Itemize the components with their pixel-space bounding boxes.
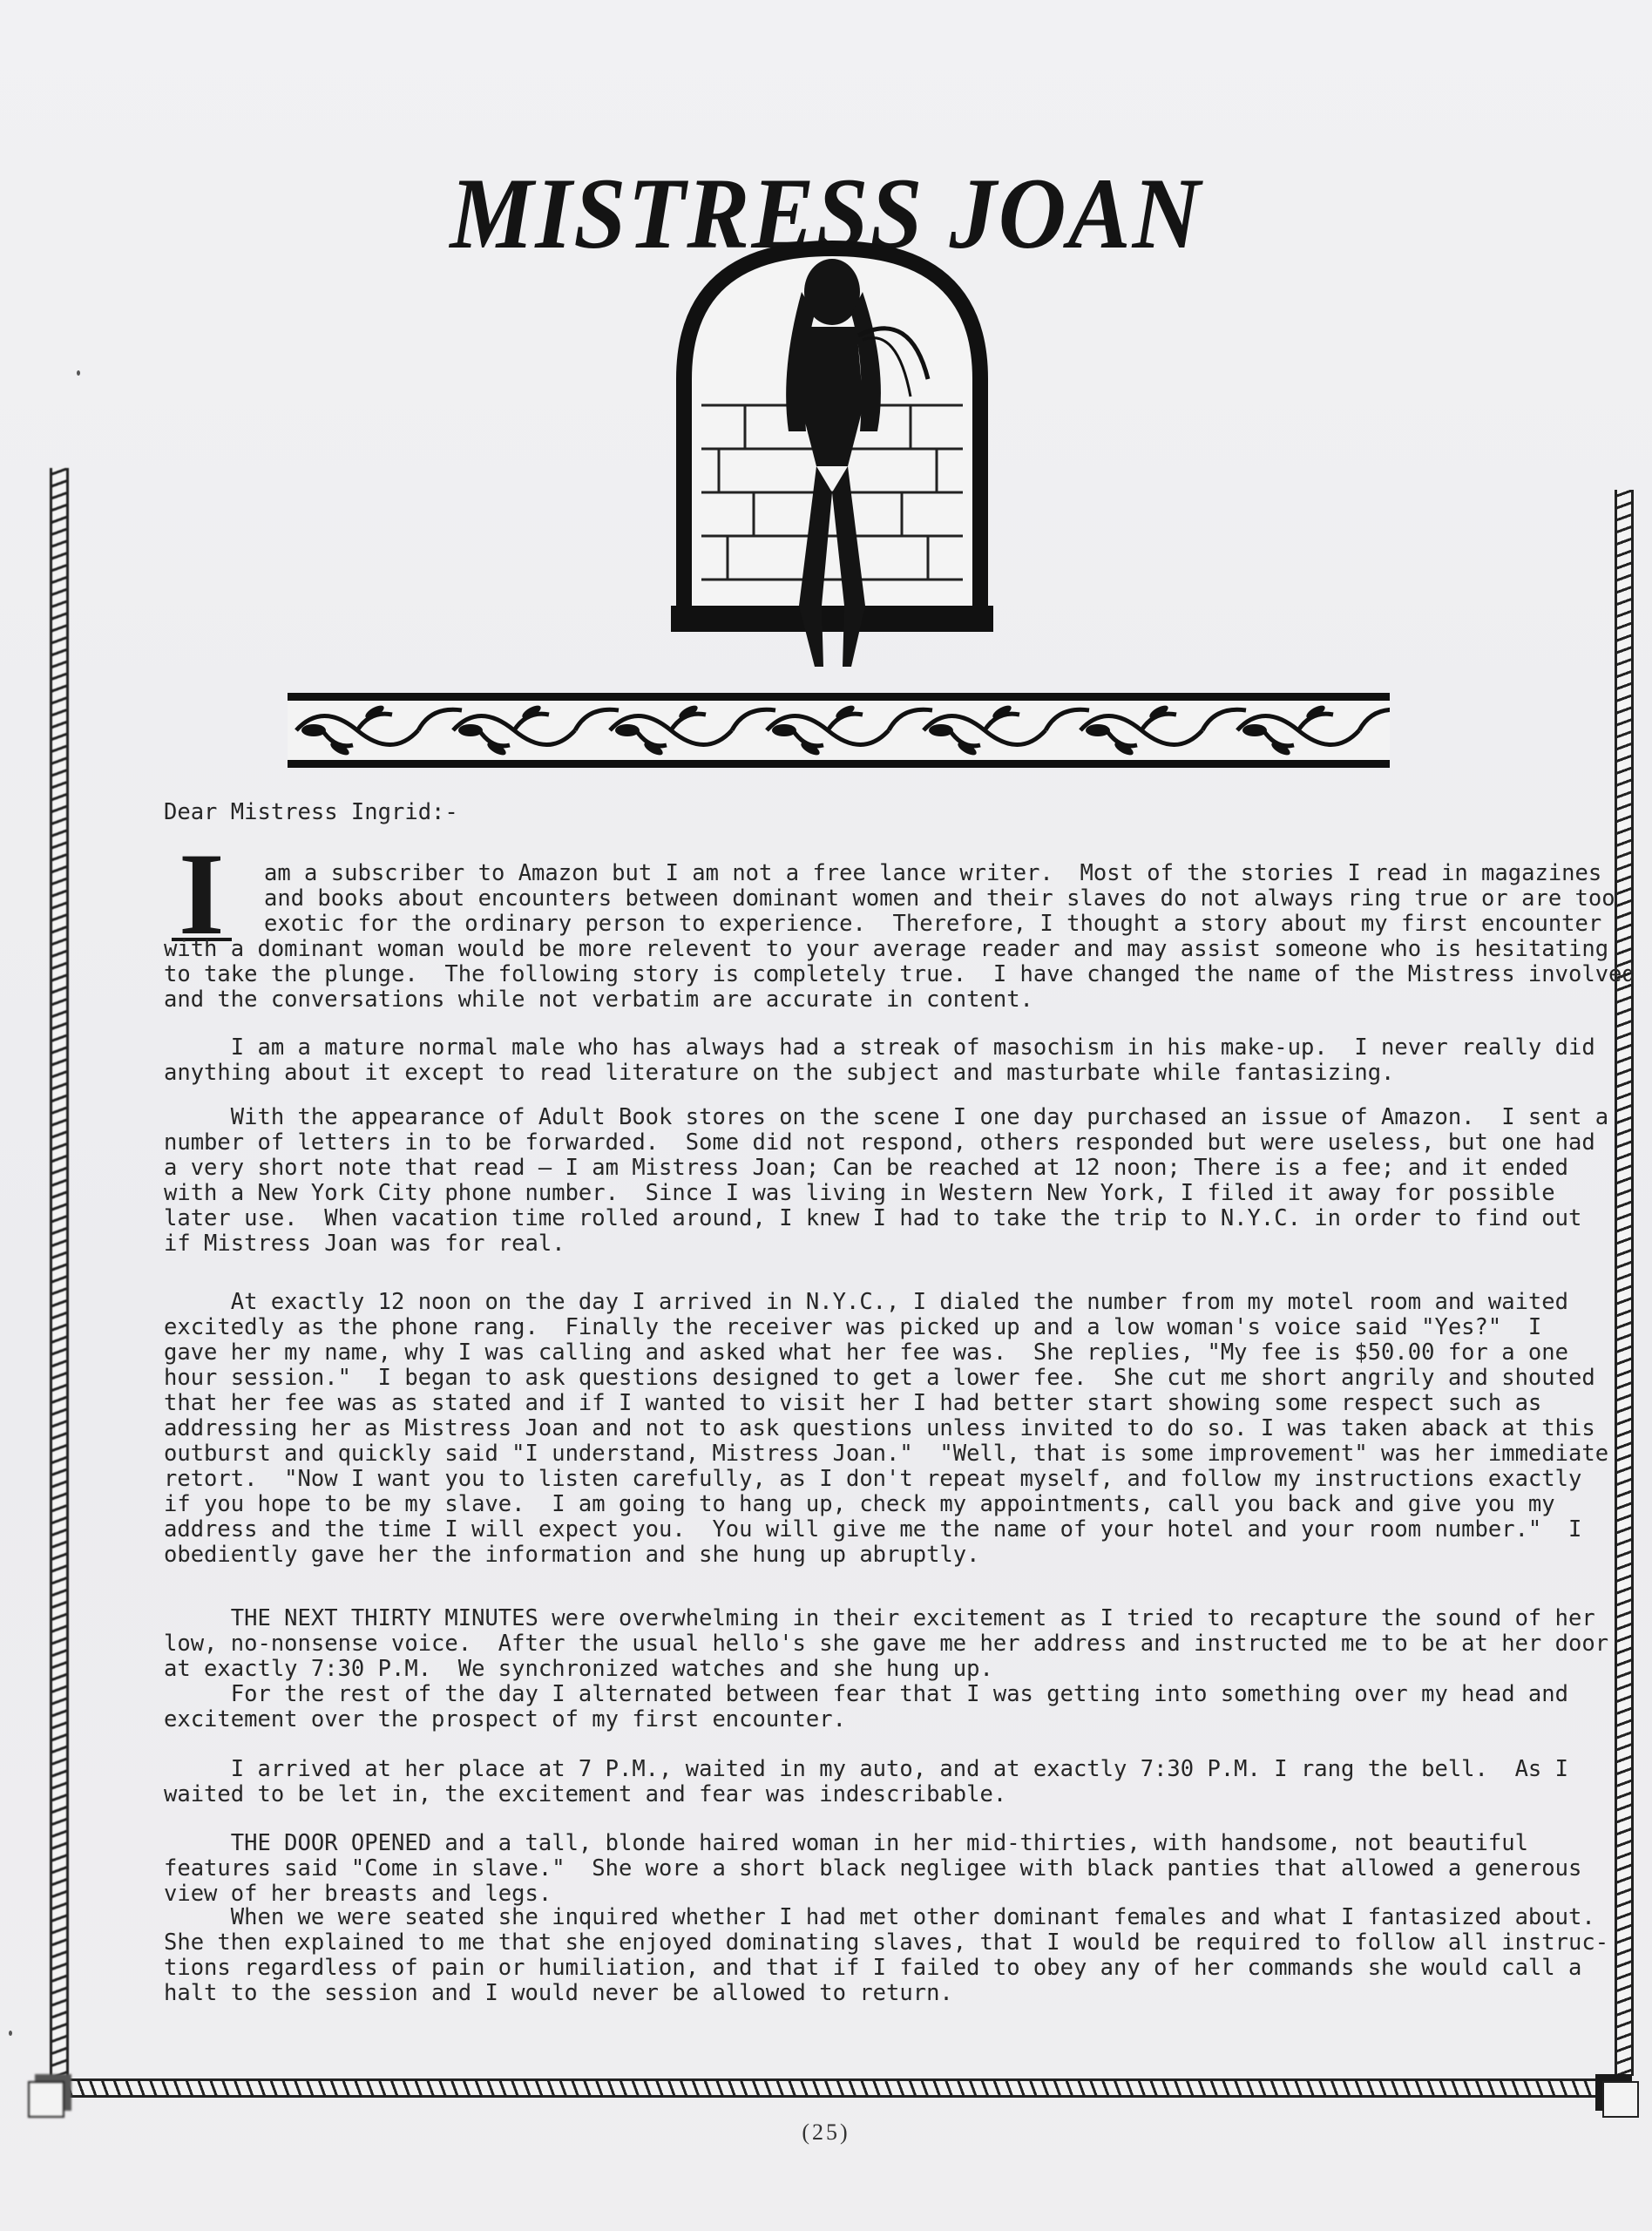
corner-block-left [28,2081,64,2118]
scrollwork-ornament-band [288,693,1390,768]
letter-paragraph: When we were seated she inquired whether… [164,1905,1593,2006]
doorway-illustration [649,231,1015,693]
letter-paragraph: THE DOOR OPENED and a tall, blonde haire… [164,1831,1593,1907]
letter-paragraph: THE NEXT THIRTY MINUTES were overwhelmin… [164,1606,1593,1682]
rope-border-right [1615,490,1634,2076]
rope-border-bottom [65,2078,1616,2098]
rope-border-left [50,468,69,2089]
scan-speck [77,370,80,376]
letter-paragraph: With the appearance of Adult Book stores… [164,1105,1593,1257]
letter-paragraph: I arrived at her place at 7 P.M., waited… [164,1757,1593,1807]
letter-paragraph: For the rest of the day I alternated bet… [164,1682,1593,1733]
letter-salutation: Dear Mistress Ingrid:- [164,800,1593,825]
first-paragraph-indented: am a subscriber to Amazon but I am not a… [264,861,1652,937]
scan-speck [9,2031,12,2036]
letter-paragraph: At exactly 12 noon on the day I arrived … [164,1290,1593,1568]
letter-paragraph: I am a mature normal male who has always… [164,1035,1593,1086]
first-paragraph-continued: with a dominant woman would be more rele… [164,937,1593,1013]
drop-cap: I [179,838,225,952]
corner-block-right [1602,2081,1639,2118]
page-number: (25) [0,2119,1652,2146]
